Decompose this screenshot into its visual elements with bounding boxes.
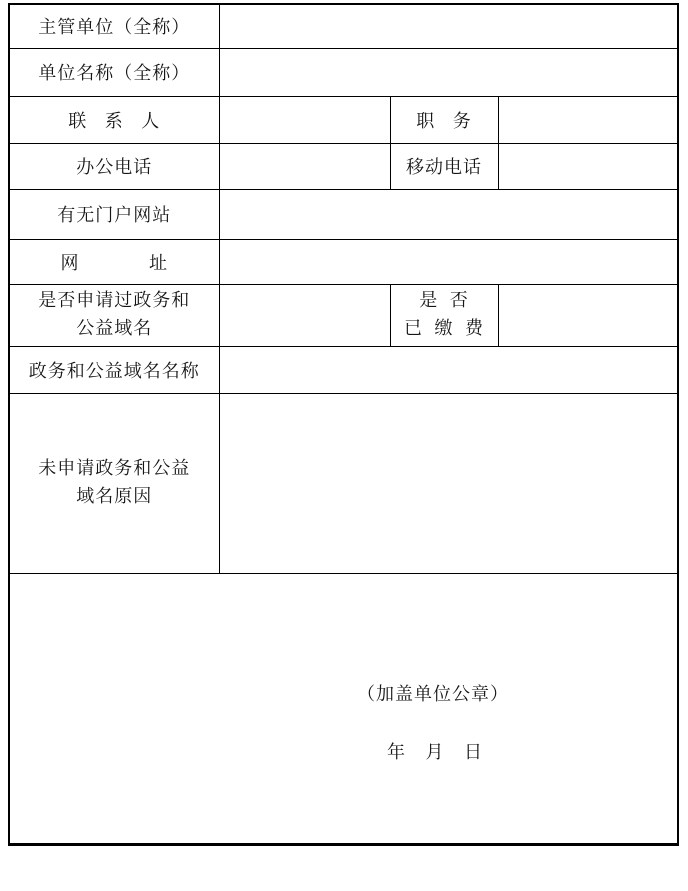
row-reason-not-applied: 未申请政务和公益 域名原因: [9, 393, 678, 573]
label-mobile-phone: 移动电话: [390, 143, 498, 189]
row-supervisor-unit: 主管单位（全称）: [9, 4, 678, 48]
label-supervisor-unit: 主管单位（全称）: [9, 4, 219, 48]
seal-note: （加盖单位公章）: [357, 680, 509, 706]
field-gov-domain-name: [219, 346, 678, 393]
row-has-portal-website: 有无门户网站: [9, 189, 678, 239]
label-website-url: 网 址: [9, 239, 219, 284]
row-gov-domain-name: 政务和公益域名名称: [9, 346, 678, 393]
field-reason-not-applied: [219, 393, 678, 573]
field-has-portal-website: [219, 189, 678, 239]
label-fee-paid: 是 否 已 缴 费: [390, 284, 498, 346]
field-applied-gov-domain: [219, 284, 390, 346]
date-line: 年 月 日: [387, 738, 483, 764]
field-website-url: [219, 239, 678, 284]
label-applied-gov-domain: 是否申请过政务和 公益域名: [9, 284, 219, 346]
label-office-phone: 办公电话: [9, 143, 219, 189]
row-office-phone: 办公电话 移动电话: [9, 143, 678, 189]
label-has-portal-website: 有无门户网站: [9, 189, 219, 239]
field-unit-name: [219, 48, 678, 96]
label-job-title: 职 务: [390, 96, 498, 143]
row-contact-person: 联 系 人 职 务: [9, 96, 678, 143]
application-form-table: 主管单位（全称） 单位名称（全称） 联 系 人 职 务 办公电话 移动电话 有无…: [8, 3, 679, 846]
label-unit-name: 单位名称（全称）: [9, 48, 219, 96]
row-signature-area: （加盖单位公章） 年 月 日: [9, 573, 678, 844]
field-mobile-phone: [498, 143, 678, 189]
field-job-title: [498, 96, 678, 143]
row-unit-name: 单位名称（全称）: [9, 48, 678, 96]
field-office-phone: [219, 143, 390, 189]
field-fee-paid: [498, 284, 678, 346]
label-reason-not-applied: 未申请政务和公益 域名原因: [9, 393, 219, 573]
field-supervisor-unit: [219, 4, 678, 48]
label-contact-person: 联 系 人: [9, 96, 219, 143]
row-website-url: 网 址: [9, 239, 678, 284]
row-applied-gov-domain: 是否申请过政务和 公益域名 是 否 已 缴 费: [9, 284, 678, 346]
signature-area: （加盖单位公章） 年 月 日: [9, 573, 678, 844]
label-gov-domain-name: 政务和公益域名名称: [9, 346, 219, 393]
field-contact-person: [219, 96, 390, 143]
